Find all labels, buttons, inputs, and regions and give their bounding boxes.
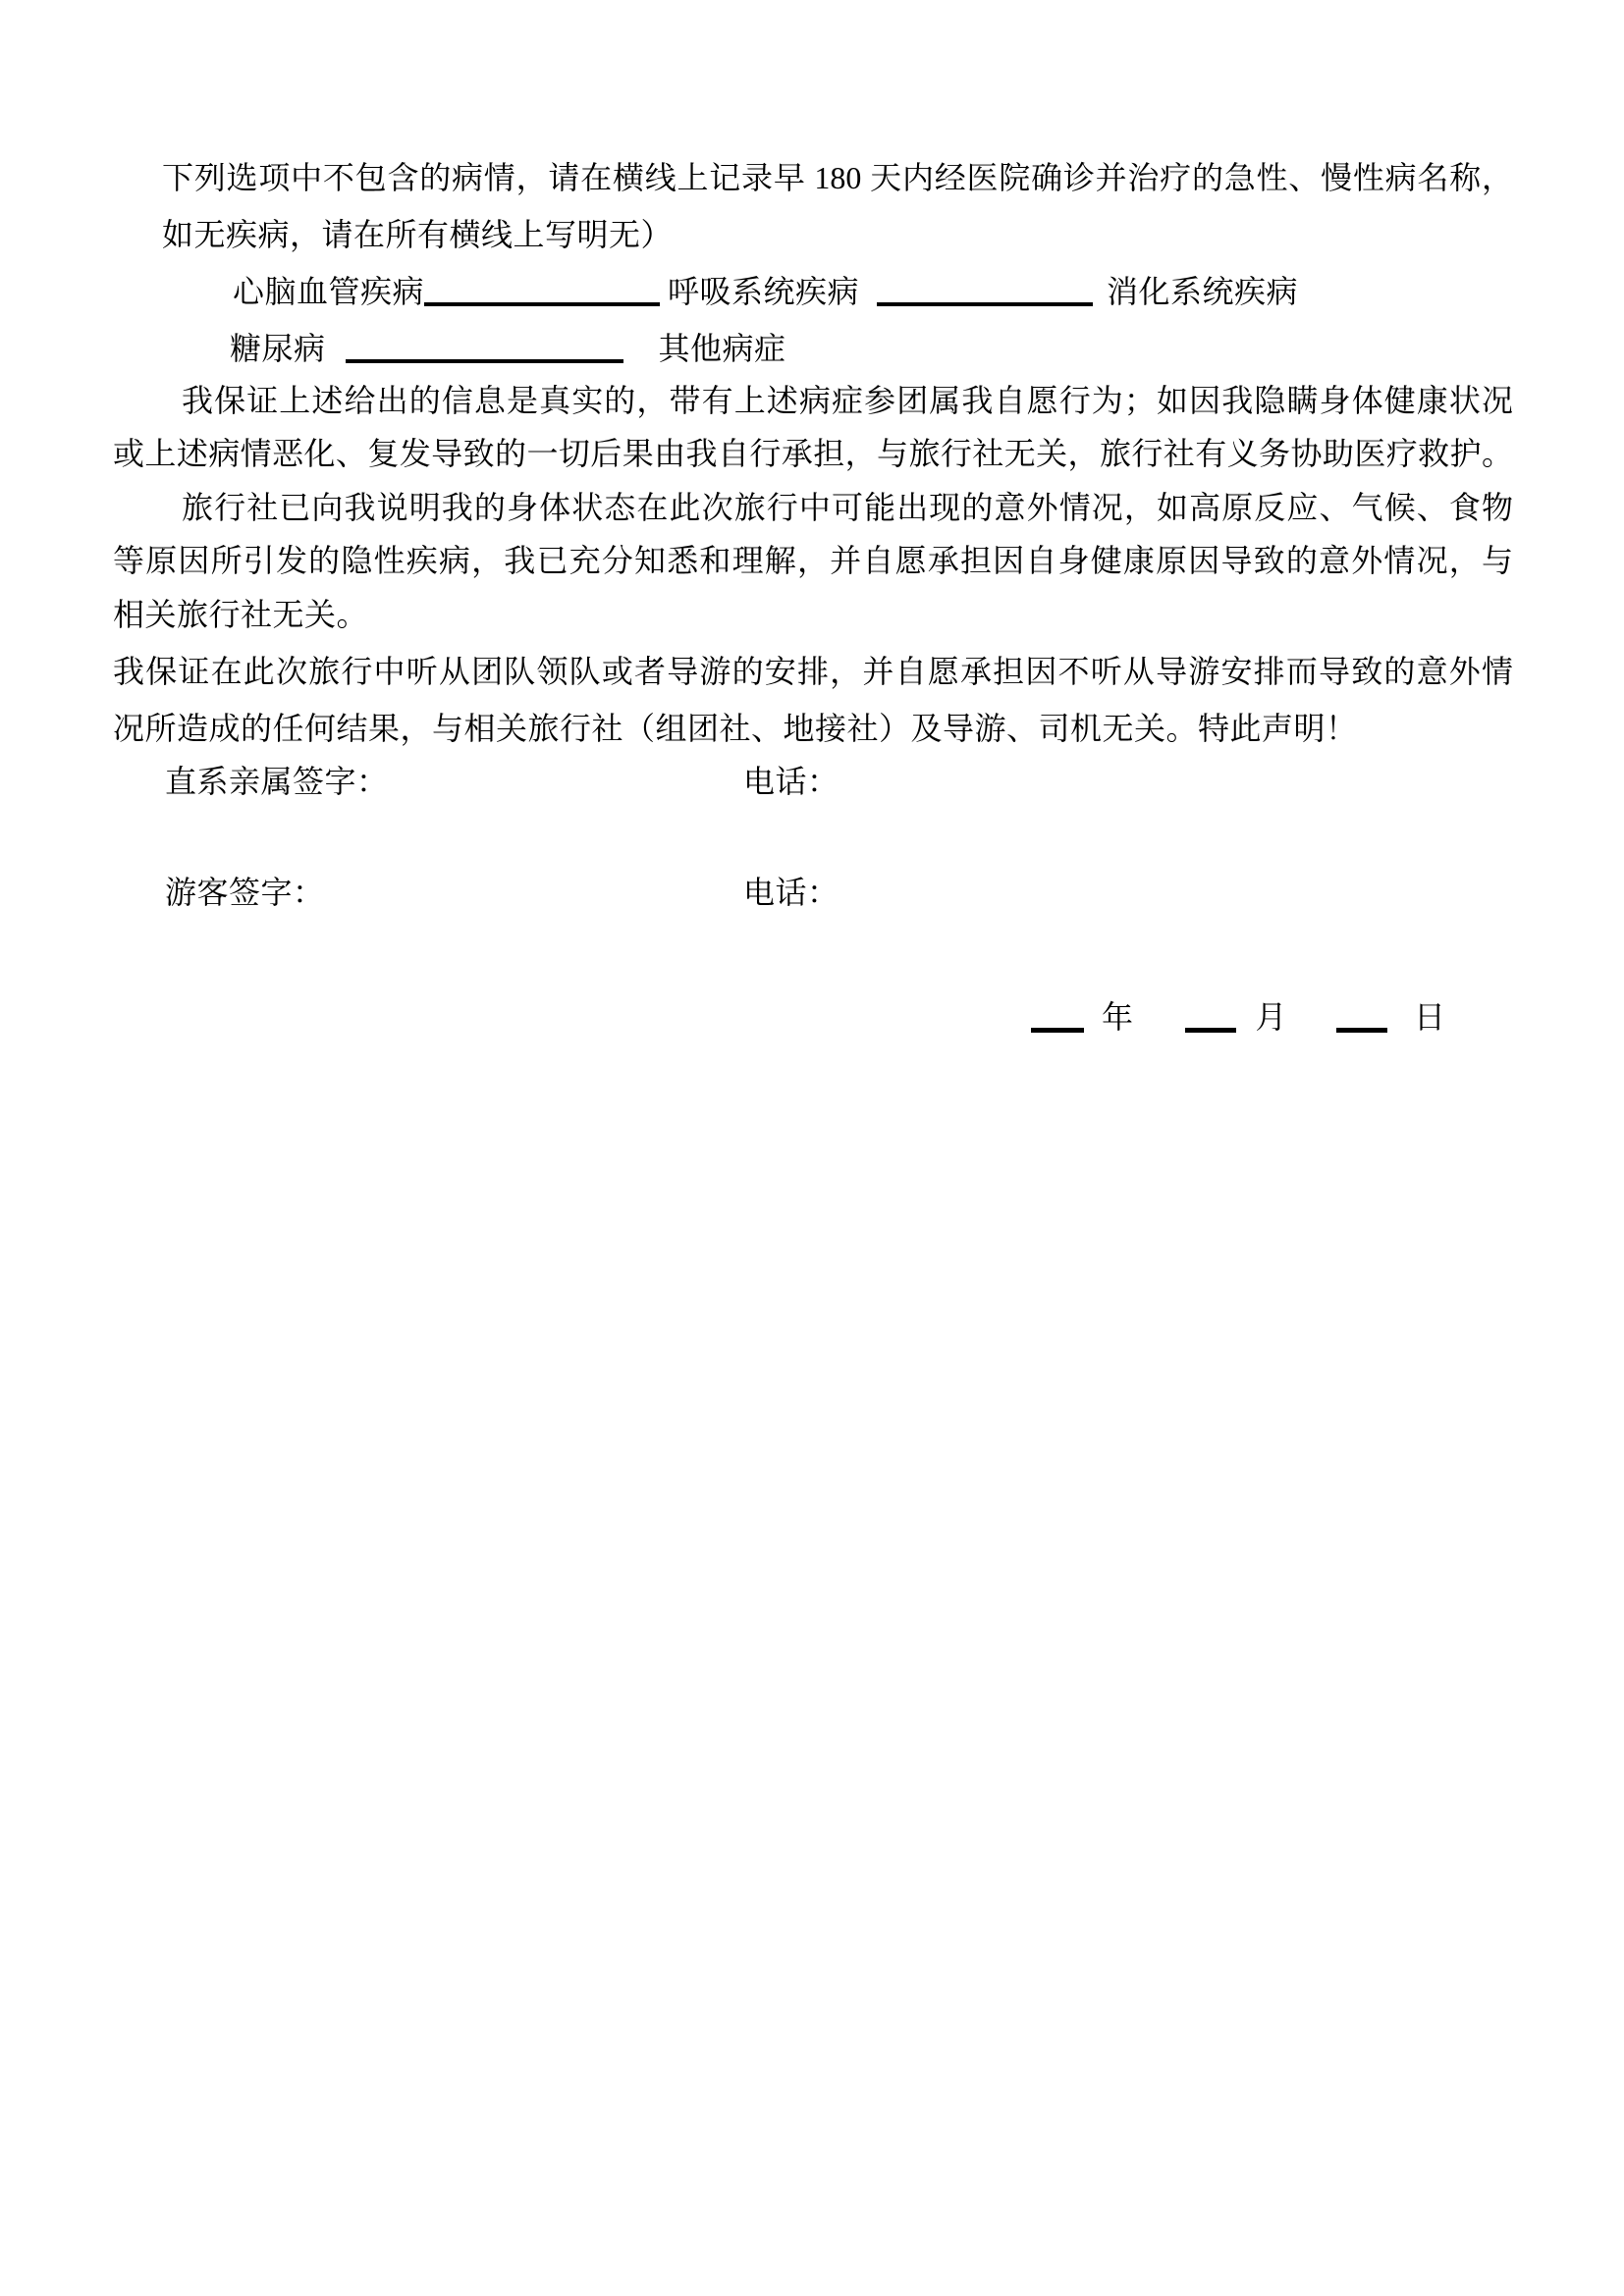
tourist-phone-label: 电话：	[743, 871, 839, 914]
year-blank-line	[1031, 1026, 1084, 1033]
date-row: 年月日	[1031, 995, 1446, 1039]
document-page: 下列选项中不包含的病情，请在横线上记录早 180 天内经医院确诊并治疗的急性、慢…	[0, 0, 1624, 2296]
declaration1-line2: 或上述病情恶化、复发导致的一切后果由我自行承担，与旅行社无关，旅行社有义务协助医…	[113, 432, 1513, 475]
respiratory-blank-line	[877, 300, 1093, 306]
month-blank-line	[1185, 1026, 1236, 1033]
family-signature-row: 直系亲属签字： 电话：	[0, 760, 1624, 803]
declaration2-line1: 旅行社已向我说明我的身体状态在此次旅行中可能出现的意外情况，如高原反应、气候、食…	[182, 486, 1513, 529]
note-paragraph-line2: 如无疾病，请在所有横线上写明无）	[162, 213, 673, 256]
month-label: 月	[1256, 999, 1288, 1035]
declaration2-line3: 相关旅行社无关。	[113, 593, 368, 636]
day-label: 日	[1414, 999, 1446, 1035]
declaration2-line2: 等原因所引发的隐性疾病，我已充分知悉和理解，并自愿承担因自身健康原因导致的意外情…	[113, 539, 1513, 582]
digestive-label: 消化系统疾病	[1107, 274, 1298, 309]
family-phone-label: 电话：	[743, 760, 839, 803]
year-label: 年	[1102, 999, 1134, 1035]
cardiovascular-blank-line	[424, 300, 660, 306]
family-signature-label: 直系亲属签字：	[165, 760, 389, 803]
cardiovascular-label: 心脑血管疾病	[233, 274, 424, 309]
declaration3-line1: 我保证在此次旅行中听从团队领队或者导游的安排，并自愿承担因不听从导游安排而导致的…	[113, 650, 1513, 693]
note-paragraph-line1: 下列选项中不包含的病情，请在横线上记录早 180 天内经医院确诊并治疗的急性、慢…	[162, 156, 1513, 199]
declaration3-line2: 况所造成的任何结果，与相关旅行社（组团社、地接社）及导游、司机无关。特此声明！	[113, 707, 1358, 750]
declaration1-line1: 我保证上述给出的信息是真实的，带有上述病症参团属我自愿行为；如因我隐瞒身体健康状…	[182, 379, 1513, 422]
tourist-signature-row: 游客签字： 电话：	[0, 871, 1624, 914]
other-illness-label: 其他病症	[659, 331, 786, 366]
diabetes-label: 糖尿病	[230, 331, 326, 366]
respiratory-label: 呼吸系统疾病	[668, 274, 859, 309]
disease-row-2: 糖尿病其他病症	[230, 327, 786, 370]
diabetes-blank-line	[346, 357, 623, 363]
disease-row-1: 心脑血管疾病呼吸系统疾病消化系统疾病	[233, 270, 1298, 313]
tourist-signature-label: 游客签字：	[165, 871, 325, 914]
day-blank-line	[1336, 1026, 1387, 1033]
